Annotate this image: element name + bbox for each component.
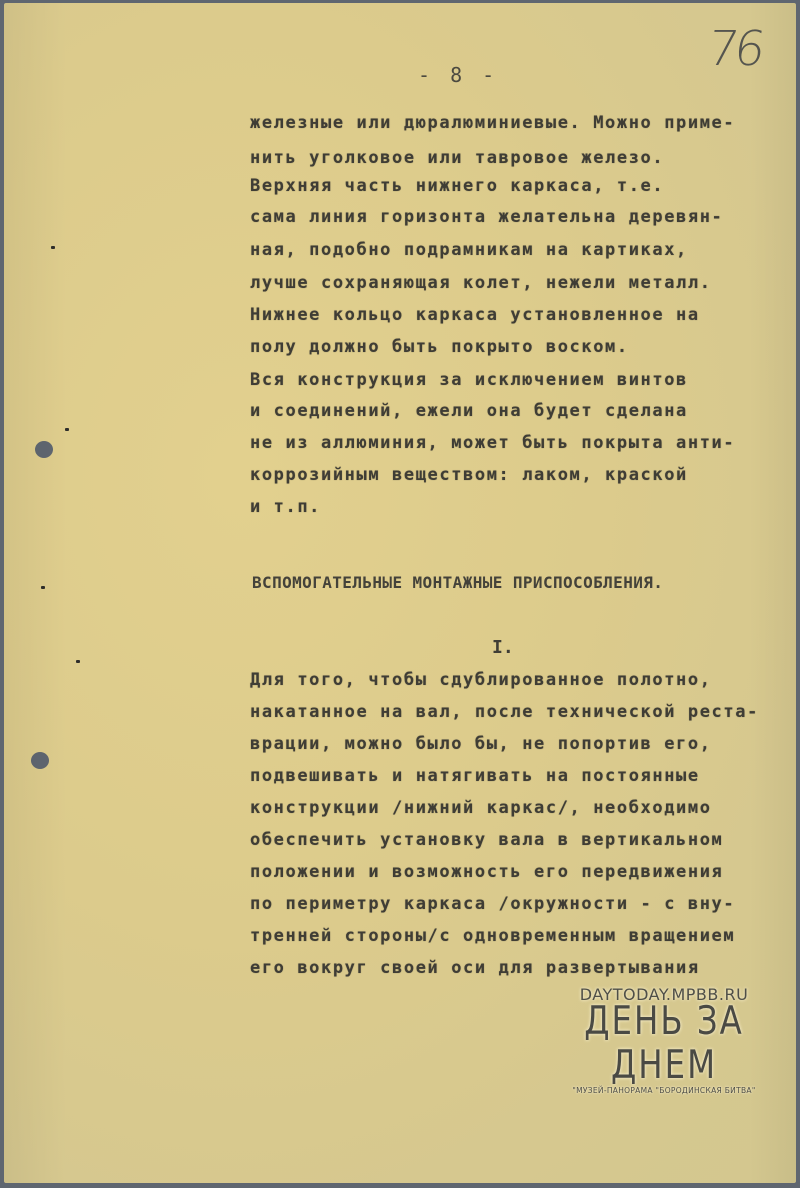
document-page: 76 - 8 - железные или дюралюминиевые. Мо… xyxy=(4,3,796,1183)
text-line: полу должно быть покрыто воском. xyxy=(250,337,629,357)
text-line: положении и возможность его передвижения xyxy=(250,862,723,882)
text-line: врации, можно было бы, не попортив его, xyxy=(250,734,712,754)
punch-hole-icon xyxy=(35,441,53,458)
text-line: его вокруг своей оси для развертывания xyxy=(250,958,700,978)
text-line: Для того, чтобы сдублированное полотно, xyxy=(250,670,712,690)
speck-icon xyxy=(76,660,80,663)
speck-icon xyxy=(51,246,55,249)
text-line: и соединений, ежели она будет сделана xyxy=(250,401,688,421)
folio-number: 76 xyxy=(704,21,765,77)
text-line: нить уголковое или тавровое железо. xyxy=(250,148,664,168)
text-line: Нижнее кольцо каркаса установленное на xyxy=(250,305,700,325)
text-line: накатанное на вал, после технической рес… xyxy=(250,702,759,722)
watermark-title: ДЕНЬ ЗА ДНЕМ xyxy=(564,1000,764,1088)
section-heading: ВСПОМОГАТЕЛЬНЫЕ МОНТАЖНЫЕ ПРИСПОСОБЛЕНИЯ… xyxy=(252,573,663,592)
text-line: железные или дюралюминиевые. Можно приме… xyxy=(250,113,735,133)
text-line: обеспечить установку вала в вертикальном xyxy=(250,830,723,850)
text-line: по периметру каркаса /окружности - с вну… xyxy=(250,894,735,914)
text-line: тренней стороны/с одновременным вращение… xyxy=(250,926,735,946)
text-line: ная, подобно подрамникам на картиках, xyxy=(250,240,688,260)
punch-hole-icon xyxy=(31,752,49,769)
text-line: подвешивать и натягивать на постоянные xyxy=(250,766,700,786)
speck-icon xyxy=(41,586,45,589)
text-line: Вся конструкция за исключением винтов xyxy=(250,370,688,390)
text-line: Верхняя часть нижнего каркаса, т.е. xyxy=(250,176,664,196)
watermark: DAYTODAY.MPBB.RU ДЕНЬ ЗА ДНЕМ "МУЗЕЙ-ПАН… xyxy=(564,985,764,1095)
page-number: - 8 - xyxy=(418,63,498,87)
text-line: и т.п. xyxy=(250,497,321,517)
speck-icon xyxy=(65,428,69,431)
text-line: лучше сохраняющая колет, нежели металл. xyxy=(250,273,712,293)
text-line: не из аллюминия, может быть покрыта анти… xyxy=(250,433,735,453)
text-line: сама линия горизонта желательна деревян- xyxy=(250,207,723,227)
section-number: I. xyxy=(492,637,514,658)
text-line: конструкции /нижний каркас/, необходимо xyxy=(250,798,712,818)
text-line: коррозийным веществом: лаком, краской xyxy=(250,465,688,485)
